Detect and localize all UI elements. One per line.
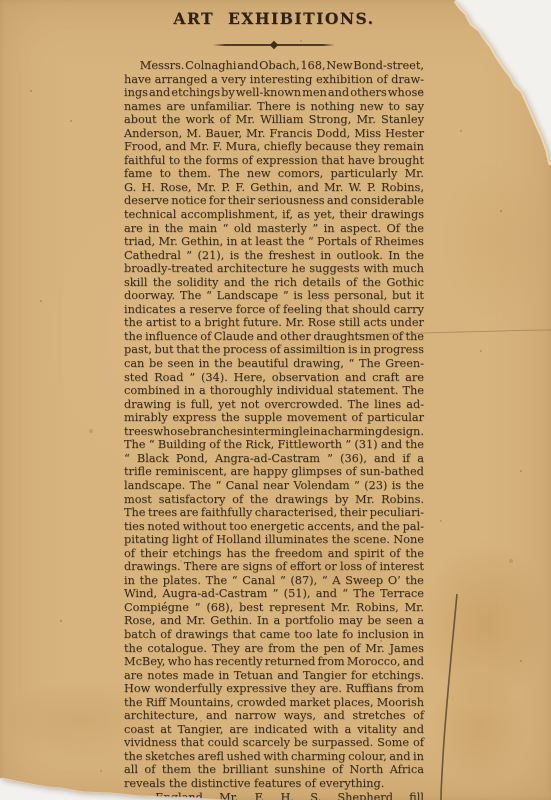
article-line: technicalaccomplishment,if,asyet,theirdr…	[124, 208, 424, 222]
article-line: Rose,andMr.Gethin.Inaportfoliomaybeseena	[124, 614, 424, 628]
article-line: Frood,andMr.F.Mura,chieflybecausetheyrem…	[124, 140, 424, 154]
article-line: Thetreesarefaithfullycharacterised,their…	[124, 506, 424, 520]
newspaper-clipping: ART EXHIBITIONS. Messrs.ColnaghiandObach…	[0, 0, 551, 800]
article-line: past,butthattheprocessofassimiltionisinp…	[124, 343, 424, 357]
article-line: deservenoticefortheirseriousnessandconsi…	[124, 194, 424, 208]
article-line: canbeseeninthebeautifuldrawing,“TheGreen…	[124, 357, 424, 371]
article-line: triflereminiscent,arehappyglimpsesofsun-…	[124, 465, 424, 479]
paper-speckles	[0, 0, 2, 2]
article-line: broadly-treatedarchitecturehesuggestswit…	[124, 262, 424, 276]
article-line: abouttheworkofMr.WilliamStrong,Mr.Stanle…	[124, 113, 424, 127]
article-line: ingsandetchingsbywell-knownmenandothersw…	[124, 86, 424, 100]
article-line: stedRoad”(34).Here,observationandcraftar…	[124, 371, 424, 385]
article-line: architecture,andnarrowways,andstretcheso…	[124, 709, 424, 723]
article-line: skillthesolidityandtherichdetailsoftheGo…	[124, 276, 424, 290]
article-line: faithfultotheformsofexpressionthathavebr…	[124, 154, 424, 168]
article-line: vividnessthatcouldscarcelybesurpassed.So…	[124, 736, 424, 750]
torn-edge-top-right-fringe	[455, 1, 550, 165]
article-line: indicatesareserveforceoffeelingthatshoul…	[124, 303, 424, 317]
article-line: batchofdrawingsthatcametoolatefoinclusio…	[124, 628, 424, 642]
article-line: thesketchesareflushedwithcharmingcolour,…	[124, 750, 424, 764]
article-line: allofthemthebrilliantsunshineofNorthAfri…	[124, 763, 424, 777]
scan-background: ART EXHIBITIONS. Messrs.ColnaghiandObach…	[0, 0, 551, 800]
article-line: oftheiretchingshasthefreedomandspiritoft…	[124, 547, 424, 561]
article-line: treeswhosebranchesintermingleinacharming…	[124, 425, 424, 439]
article-line: namesareunfamiliar.Thereisnothingnewtosa…	[124, 100, 424, 114]
clipping-shadow: ART EXHIBITIONS. Messrs.ColnaghiandObach…	[0, 0, 551, 800]
article-line: mirablyexpressthesupplemovementofparticu…	[124, 411, 424, 425]
divider-diamond-ornament	[270, 40, 278, 48]
article-line: drawingisfull,yetnotovercrowded.Thelines…	[124, 398, 424, 412]
article-line: areinthemain“oldmasterly”inaspect.Ofthe	[124, 222, 424, 236]
title-divider	[213, 41, 335, 48]
article-line: Howwonderfullyexpressivetheyare.Ruffians…	[124, 682, 424, 696]
article-line: fametothem.Thenewcomors,particularlyMr.	[124, 167, 424, 181]
article-line: Messrs.ColnaghiandObach,168,NewBond-stre…	[124, 59, 424, 73]
article-line: The“BuildingoftheRick,Fittleworth”(31)an…	[124, 438, 424, 452]
article-line: mostsatisfactoryofthedrawingsbyMr.Robins…	[124, 493, 424, 507]
article-line: pitatinglightofHollandilluminatesthescen…	[124, 533, 424, 547]
article-line: G.H.Rose,Mr.P.F.Gethin,andMr.W.P.Robins,	[124, 181, 424, 195]
vertical-crease-line	[441, 594, 457, 800]
article-line: “BlackPond,Angra-ad-Castram”(36),andifa	[124, 452, 424, 466]
article-line: McBey,whohasrecentlyreturnedfromMorocco,…	[124, 655, 424, 669]
article-line: coastatTangier,areindicatedwithavitality…	[124, 723, 424, 737]
article-line: revealsthedistinctivefeaturesofeverythin…	[124, 777, 424, 791]
article-line: havearrangedaveryinterestingexhibitionof…	[124, 73, 424, 87]
article-line: tiesnotedwithouttooenergeticaccents,andt…	[124, 520, 424, 534]
article-title: ART EXHIBITIONS.	[124, 8, 424, 30]
article-line: intheplates.The“Canal”(87),“ASweepO’the	[124, 574, 424, 588]
article-line: thecotalogue.TheyarefromthepenofMr.James	[124, 642, 424, 656]
article-line: theRiffMountains,crowdedmarketplaces,Moo…	[124, 696, 424, 710]
article-line: drawings.Therearesignsofeffortorlossofin…	[124, 560, 424, 574]
article-line: Compiégne”(68),bestrepresentMr.Robins,Mr…	[124, 601, 424, 615]
article-line: combinedinathoroughlyindividualstatement…	[124, 384, 424, 398]
article-line: theartisttoabrightfuture.Mr.Rosestillact…	[124, 316, 424, 330]
article-line: doorway.The“Landscape”islesspersonal,but…	[124, 289, 424, 303]
article-line: theinfluenceofClaudeandotherdraughtsmeno…	[124, 330, 424, 344]
article-line: EnglandMr.F.H.S.Shepherdfill	[124, 791, 424, 800]
article-line: arenotesmadeinTetuanandTangierforetching…	[124, 669, 424, 683]
article-line: Anderson,M.Bauer,Mr.FrancisDodd,MissHest…	[124, 127, 424, 141]
article-line: landscape.The“CanalnearVolendam”(23)isth…	[124, 479, 424, 493]
article-body: Messrs.ColnaghiandObach,168,NewBond-stre…	[124, 59, 424, 800]
article-line: Wind,Augra-ad-Castram”(51),and“TheTerrac…	[124, 587, 424, 601]
article-line: triad,Mr.Gethin,inatleastthe“PortalsofRh…	[124, 235, 424, 249]
article-line: Cathedral”(21),isthefreshestinoutlook.In…	[124, 249, 424, 263]
